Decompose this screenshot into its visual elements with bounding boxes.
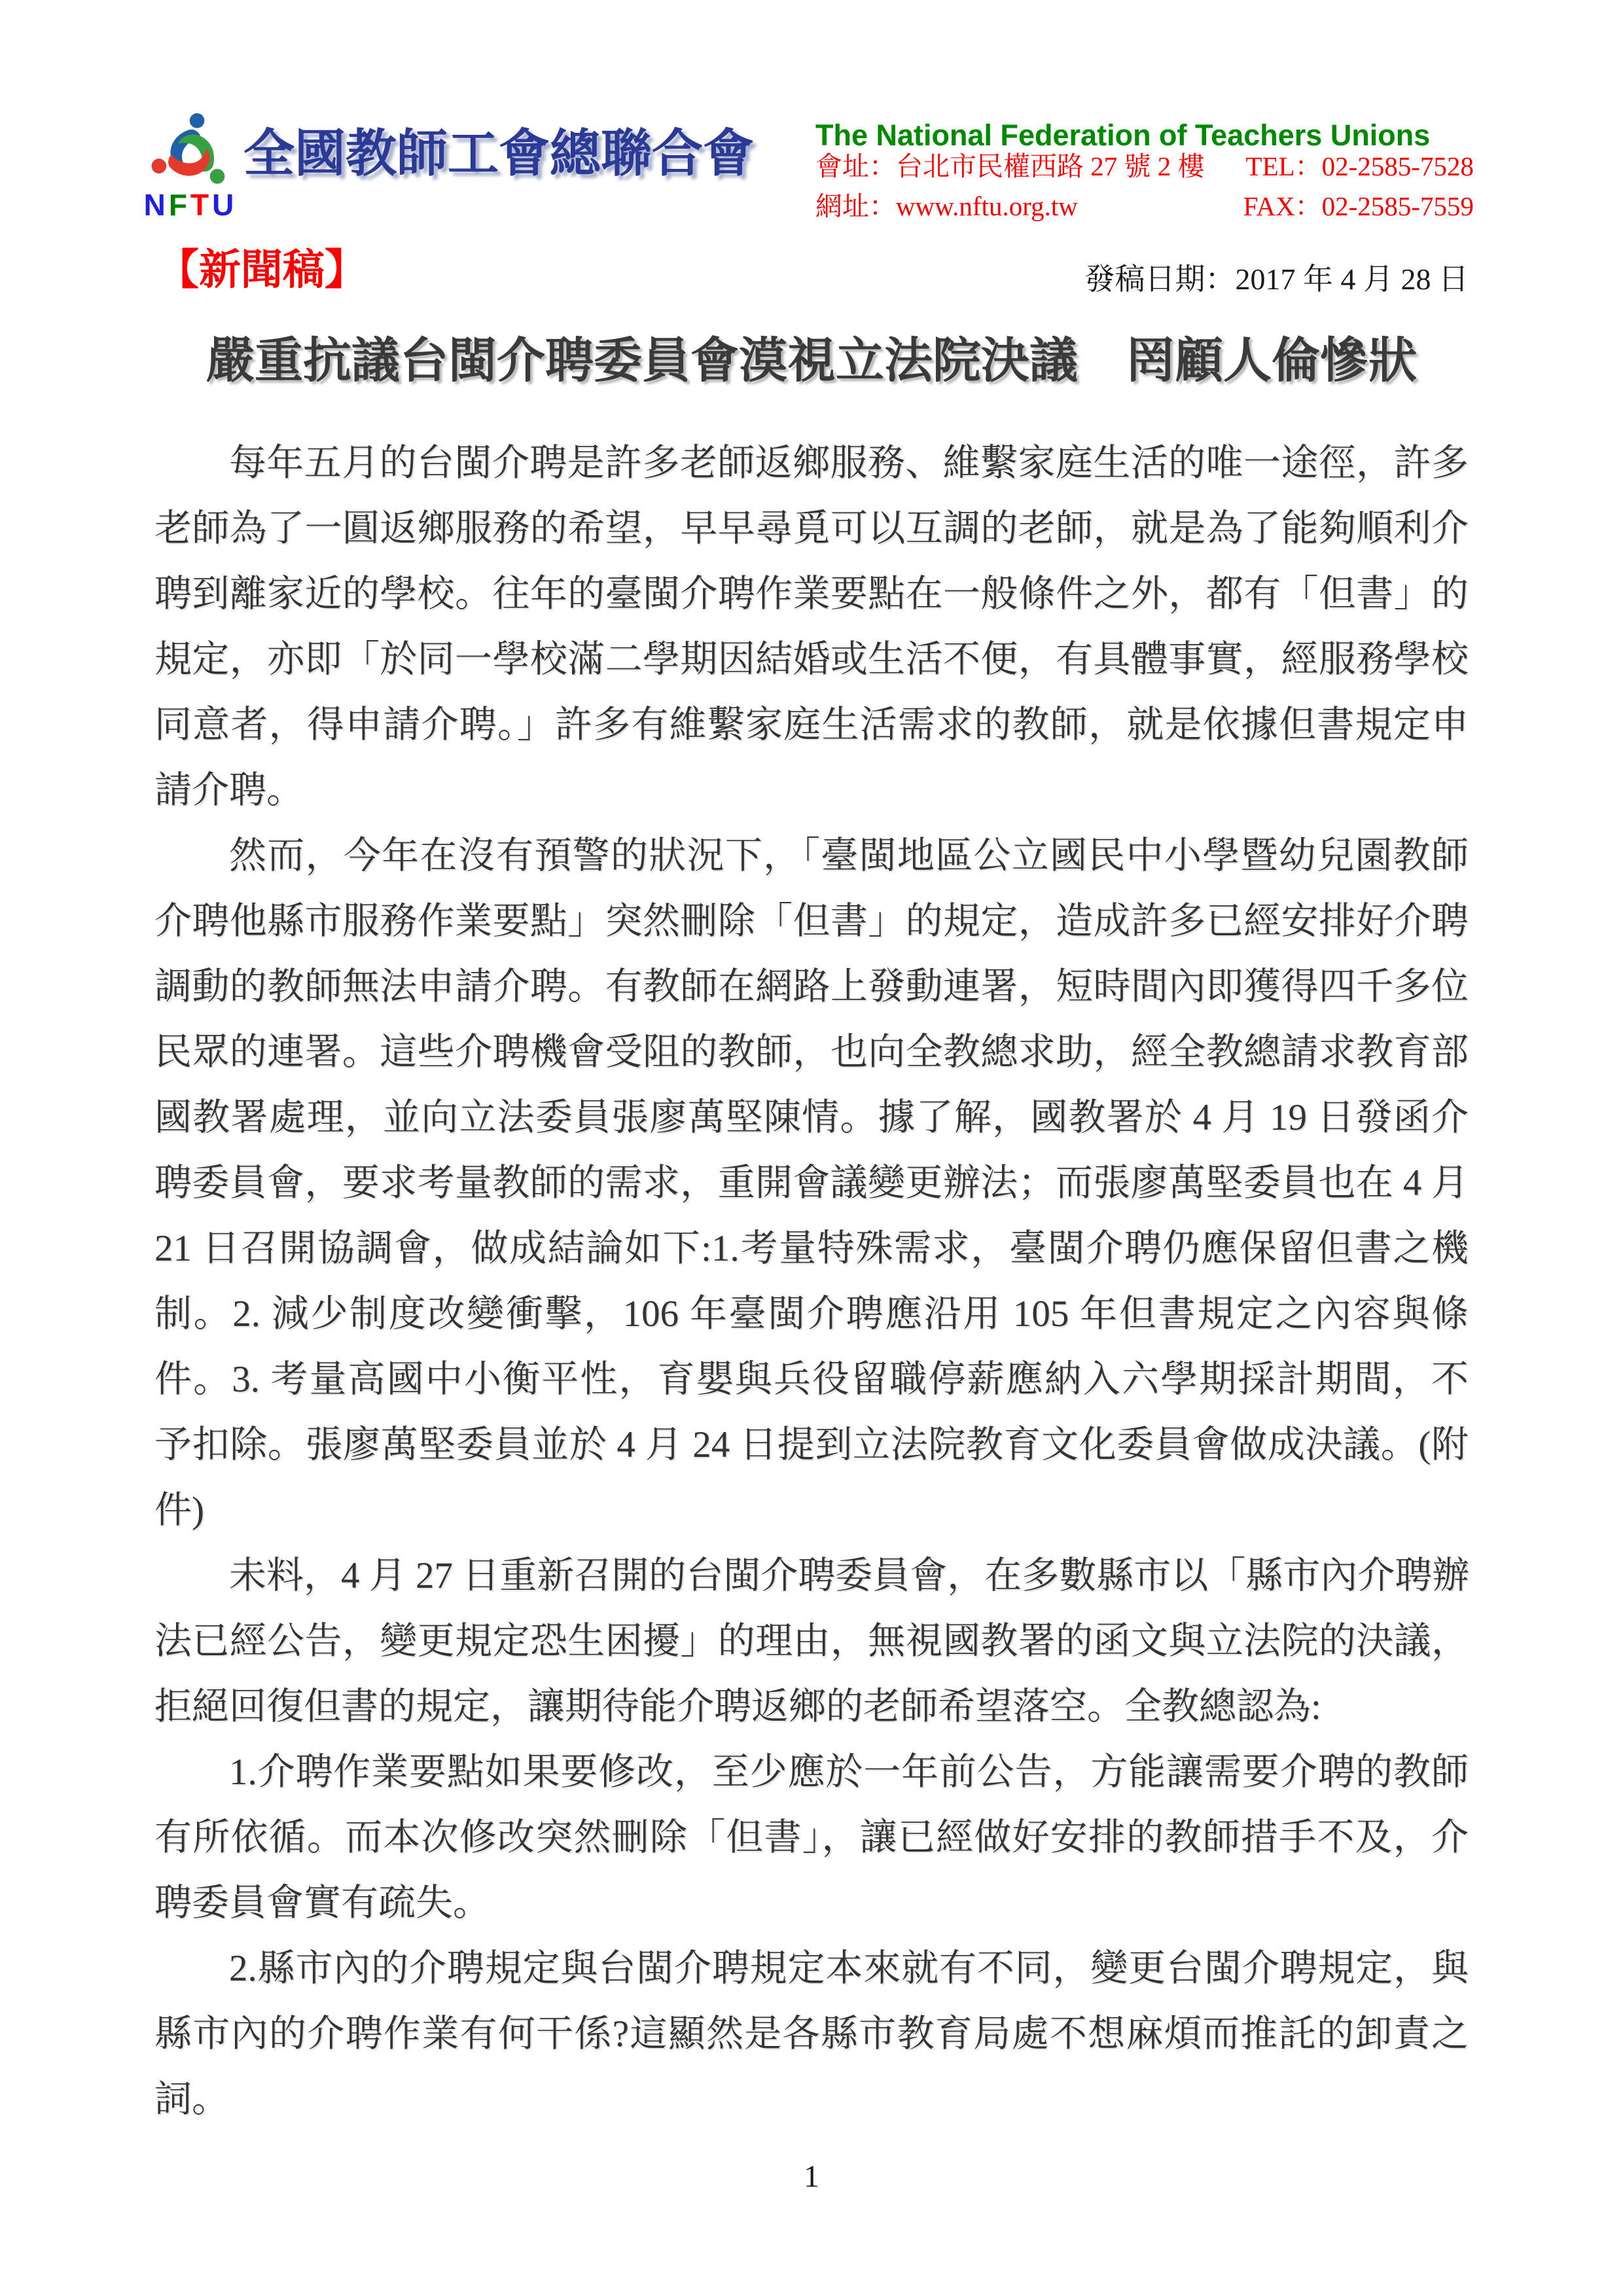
nftu-letter: U: [212, 188, 237, 222]
body-line: 予扣除。張廖萬堅委員並於 4 月 24 日提到立法院教育文化委員會做成決議。(附: [154, 1412, 1469, 1478]
logo-figure-red-head: [149, 156, 168, 175]
body-line: 制。2. 減少制度改變衝擊，106 年臺閩介聘應沿用 105 年但書規定之內容與…: [154, 1282, 1469, 1347]
document-page: NFTU 全國教師工會總聯合會 The National Federation …: [0, 0, 1623, 2296]
nftu-logo-icon: [143, 110, 240, 195]
document-title: 嚴重抗議台閩介聘委員會漠視立法院決議 罔顧人倫慘狀: [0, 332, 1623, 391]
website-text: 網址：www.nftu.org.tw: [815, 193, 1078, 220]
tel-text: TEL：02-2585-7528: [1246, 153, 1474, 180]
fax-text: FAX：02-2585-7559: [1243, 193, 1474, 220]
body-line: 聘到離家近的學校。往年的臺閩介聘作業要點在一般條件之外，都有「但書」的: [154, 562, 1469, 627]
body-line: 有所依循。而本次修改突然刪除「但書」，讓已經做好安排的教師措手不及，介: [154, 1805, 1469, 1871]
body-line: 然而，今年在沒有預警的狀況下，「臺閩地區公立國民中小學暨幼兒園教師: [154, 823, 1469, 889]
body-line: 老師為了一圓返鄉服務的希望，早早尋覓可以互調的老師，就是為了能夠順利介: [154, 496, 1469, 562]
nftu-letter: F: [169, 188, 190, 222]
body-line: 拒絕回復但書的規定，讓期待能介聘返鄉的老師希望落空。全教總認為:: [154, 1674, 1469, 1740]
press-release-tag: 【新聞稿】: [157, 247, 366, 293]
body-line: 請介聘。: [154, 758, 1469, 823]
org-name-chinese: 全國教師工會總聯合會: [243, 118, 754, 189]
logo-figure-blue-head: [188, 112, 205, 129]
body-line: 件): [154, 1478, 1469, 1543]
body-line: 民眾的連署。這些介聘機會受阻的教師，也向全教總求助，經全教總請求教育部: [154, 1020, 1469, 1085]
body-line: 同意者，得申請介聘。」許多有維繫家庭生活需求的教師，就是依據但書規定申: [154, 692, 1469, 758]
contact-row-2: 網址：www.nftu.org.tw FAX：02-2585-7559: [815, 193, 1474, 226]
nftu-acronym: NFTU: [135, 190, 246, 220]
body-line: 每年五月的台閩介聘是許多老師返鄉服務、維繫家庭生活的唯一途徑，許多: [154, 431, 1469, 496]
body-line: 調動的教師無法申請介聘。有教師在網路上發動連署，短時間內即獲得四千多位: [154, 954, 1469, 1020]
contact-row-1: 會址：台北市民權西路 27 號 2 樓 TEL：02-2585-7528: [815, 153, 1474, 186]
body-line: 件。3. 考量高國中小衡平性，育嬰與兵役留職停薪應納入六學期採計期間，不: [154, 1347, 1469, 1412]
nftu-letter: N: [144, 188, 169, 222]
body-line: 詞。: [154, 2067, 1469, 2132]
address-text: 會址：台北市民權西路 27 號 2 樓: [815, 153, 1205, 180]
document-body: 每年五月的台閩介聘是許多老師返鄉服務、維繫家庭生活的唯一途徑，許多老師為了一圓返…: [154, 431, 1469, 2132]
body-line: 聘委員會，要求考量教師的需求，重開會議變更辦法；而張廖萬堅委員也在 4 月: [154, 1151, 1469, 1216]
body-line: 縣市內的介聘作業有何干係?這顯然是各縣市教育局處不想麻煩而推託的卸責之: [154, 2001, 1469, 2067]
page-number: 1: [0, 2161, 1623, 2193]
body-line: 21 日召開協調會，做成結論如下:1.考量特殊需求，臺閩介聘仍應保留但書之機: [154, 1216, 1469, 1282]
body-line: 聘委員會實有疏失。: [154, 1871, 1469, 1936]
release-date: 發稿日期：2017 年 4 月 28 日: [1085, 263, 1469, 296]
body-line: 1.介聘作業要點如果要修改，至少應於一年前公告，方能讓需要介聘的教師: [154, 1740, 1469, 1805]
org-name-english: The National Federation of Teachers Unio…: [815, 120, 1476, 150]
body-line: 介聘他縣市服務作業要點」突然刪除「但書」的規定，造成許多已經安排好介聘: [154, 889, 1469, 954]
body-line: 2.縣市內的介聘規定與台閩介聘規定本來就有不同，變更台閩介聘規定，與: [154, 1936, 1469, 2001]
body-line: 規定，亦即「於同一學校滿二學期因結婚或生活不便，有具體事實，經服務學校: [154, 627, 1469, 692]
body-line: 法已經公告，變更規定恐生困擾」的理由，無視國教署的函文與立法院的決議，: [154, 1609, 1469, 1674]
body-line: 未料，4 月 27 日重新召開的台閩介聘委員會，在多數縣市以「縣市內介聘辦: [154, 1543, 1469, 1609]
nftu-letter: T: [190, 188, 212, 222]
body-line: 國教署處理，並向立法委員張廖萬堅陳情。據了解，國教署於 4 月 19 日發函介: [154, 1085, 1469, 1151]
